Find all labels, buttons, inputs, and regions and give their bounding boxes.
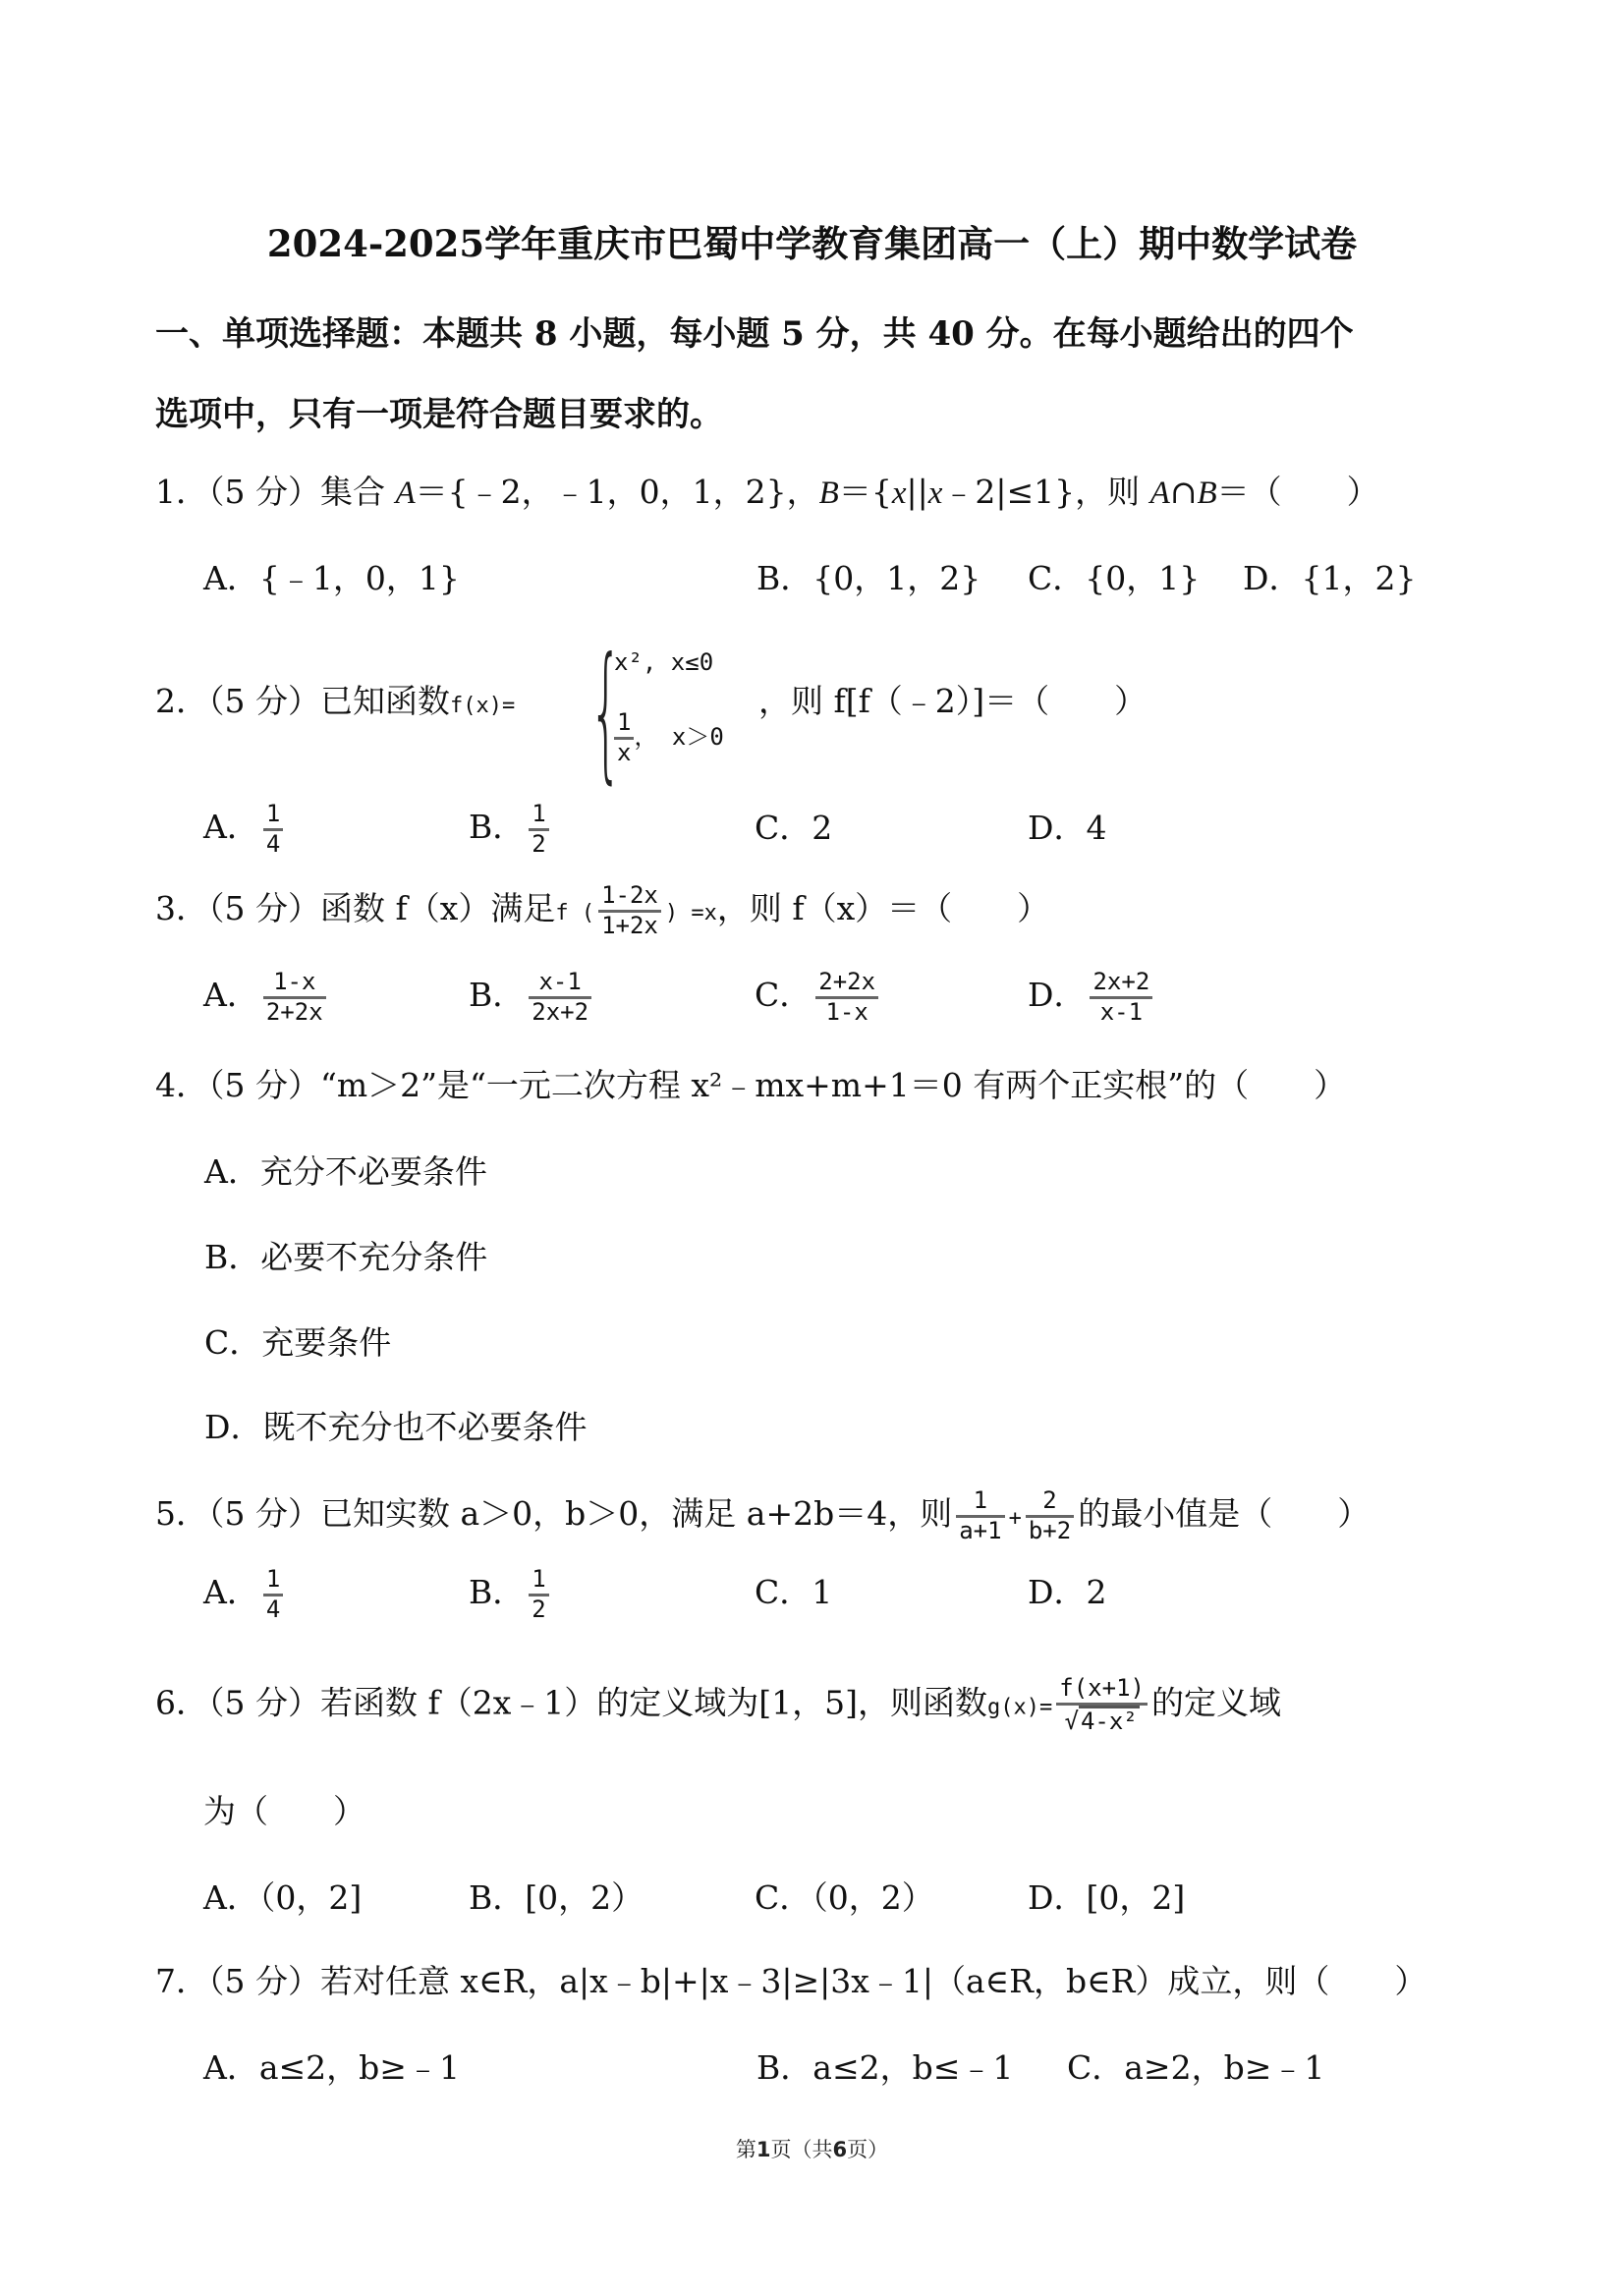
question-7-stem: 7．（5 分）若对任意 x∈R，a|x﹣b|+|x﹣3|≥|3x﹣1|（a∈R，… bbox=[155, 1965, 1427, 1997]
var-a: A bbox=[1150, 476, 1170, 511]
q3-option-d: D．2x+2x-1 bbox=[1028, 969, 1156, 1026]
q1-option-b: B．{0，1，2} bbox=[756, 562, 980, 594]
section-heading-line2: 选项中，只有一项是符合题目要求的。 bbox=[155, 387, 723, 435]
stem-text: 已知函数 bbox=[320, 682, 450, 720]
piecewise-case-2: 1x， x＞0 bbox=[614, 709, 724, 766]
var-x: x bbox=[928, 476, 943, 511]
q7-option-b: B．a≤2，b≤﹣1 bbox=[756, 2051, 1013, 2084]
q7-option-a: A．a≤2，b≥﹣1 bbox=[203, 2051, 460, 2084]
stem-text: ＝（ ） bbox=[1217, 473, 1379, 511]
q5-option-d: D．2 bbox=[1028, 1576, 1106, 1608]
var-b: B bbox=[1197, 476, 1216, 511]
question-points: （5 分） bbox=[208, 473, 320, 511]
var-x: x bbox=[892, 476, 907, 511]
q4-option-d: D．既不充分也不必要条件 bbox=[204, 1411, 587, 1443]
exam-title: 2024-2025学年重庆市巴蜀中学教育集团高一（上）期中数学试卷 bbox=[0, 214, 1624, 267]
q4-option-a: A．充分不必要条件 bbox=[204, 1155, 487, 1188]
question-3-stem: 3．（5 分）函数 f（x）满足f (1-2x1+2x) =x，则 f（x）＝（… bbox=[155, 882, 1049, 939]
stem-text: ﹣2|≤1}，则 bbox=[942, 473, 1149, 511]
question-2-stem-prefix: 2．（5 分）已知函数f(x)= bbox=[155, 685, 515, 717]
question-number: 1． bbox=[155, 473, 208, 511]
q2-option-a: A．14 bbox=[203, 801, 287, 858]
q1-option-a: A．{﹣1，0，1} bbox=[203, 562, 460, 594]
q1-option-d: D．{1，2} bbox=[1243, 562, 1416, 594]
q6-option-a: A．（0，2] bbox=[203, 1881, 362, 1914]
question-1-stem: 1．（5 分）集合 A＝{﹣2，﹣1，0，1，2}，B＝{x||x﹣2|≤1}，… bbox=[155, 476, 1379, 510]
q4-option-b: B．必要不充分条件 bbox=[204, 1241, 487, 1273]
question-4-stem: 4．（5 分）“m＞2”是“一元二次方程 x²﹣mx+m+1＝0 有两个正实根”… bbox=[155, 1069, 1346, 1101]
current-page-number: 1 bbox=[756, 2138, 771, 2161]
q5-option-b: B．12 bbox=[469, 1566, 553, 1623]
q3-option-b: B．x-12x+2 bbox=[469, 969, 595, 1026]
question-6-stem-line2: 为（ ） bbox=[203, 1795, 365, 1827]
q2-option-d: D．4 bbox=[1028, 812, 1106, 844]
var-b: B bbox=[819, 476, 839, 511]
question-2-stem-suffix: ，则 f[f（﹣2）]＝（ ） bbox=[758, 685, 1147, 717]
question-points: （5 分） bbox=[208, 682, 320, 720]
stem-text: ∩ bbox=[1170, 473, 1198, 511]
stem-text: || bbox=[906, 473, 927, 511]
q6-option-c: C．（0，2） bbox=[755, 1881, 934, 1914]
q7-option-c: C．a≥2，b≥﹣1 bbox=[1067, 2051, 1324, 2084]
q1-option-c: C．{0，1} bbox=[1028, 562, 1200, 594]
q2-option-c: C．2 bbox=[755, 812, 832, 844]
stem-text: ＝{ bbox=[839, 473, 892, 511]
q6-option-b: B．[0，2） bbox=[469, 1881, 644, 1914]
q4-option-c: C．充要条件 bbox=[204, 1326, 391, 1359]
q3-option-c: C．2+2x1-x bbox=[755, 969, 882, 1026]
piecewise-case-1: x², x≤0 bbox=[614, 648, 713, 676]
section-heading-line1: 一、单项选择题：本题共 8 小题，每小题 5 分，共 40 分。在每小题给出的四… bbox=[155, 307, 1354, 355]
q5-option-a: A．14 bbox=[203, 1566, 287, 1623]
stem-text: 集合 bbox=[320, 473, 396, 511]
q6-option-d: D．[0，2] bbox=[1028, 1881, 1185, 1914]
page-footer: 第1页（共6页） bbox=[0, 2134, 1624, 2163]
q5-option-c: C．1 bbox=[755, 1576, 832, 1608]
function-name: f(x)= bbox=[450, 694, 515, 718]
var-a: A bbox=[396, 476, 416, 511]
q2-option-b: B．12 bbox=[469, 801, 553, 858]
question-number: 2． bbox=[155, 682, 208, 720]
question-5-stem: 5．（5 分）已知实数 a＞0，b＞0，满足 a+2b＝4，则1a+1+2b+2… bbox=[155, 1487, 1370, 1544]
total-pages: 6 bbox=[833, 2138, 848, 2161]
q3-option-a: A．1-x2+2x bbox=[203, 969, 330, 1026]
stem-text: ＝{﹣2，﹣1，0，1，2}， bbox=[416, 473, 819, 511]
question-6-stem: 6．（5 分）若函数 f（2x﹣1）的定义域为[1，5]，则函数g(x)=f(x… bbox=[155, 1675, 1281, 1735]
